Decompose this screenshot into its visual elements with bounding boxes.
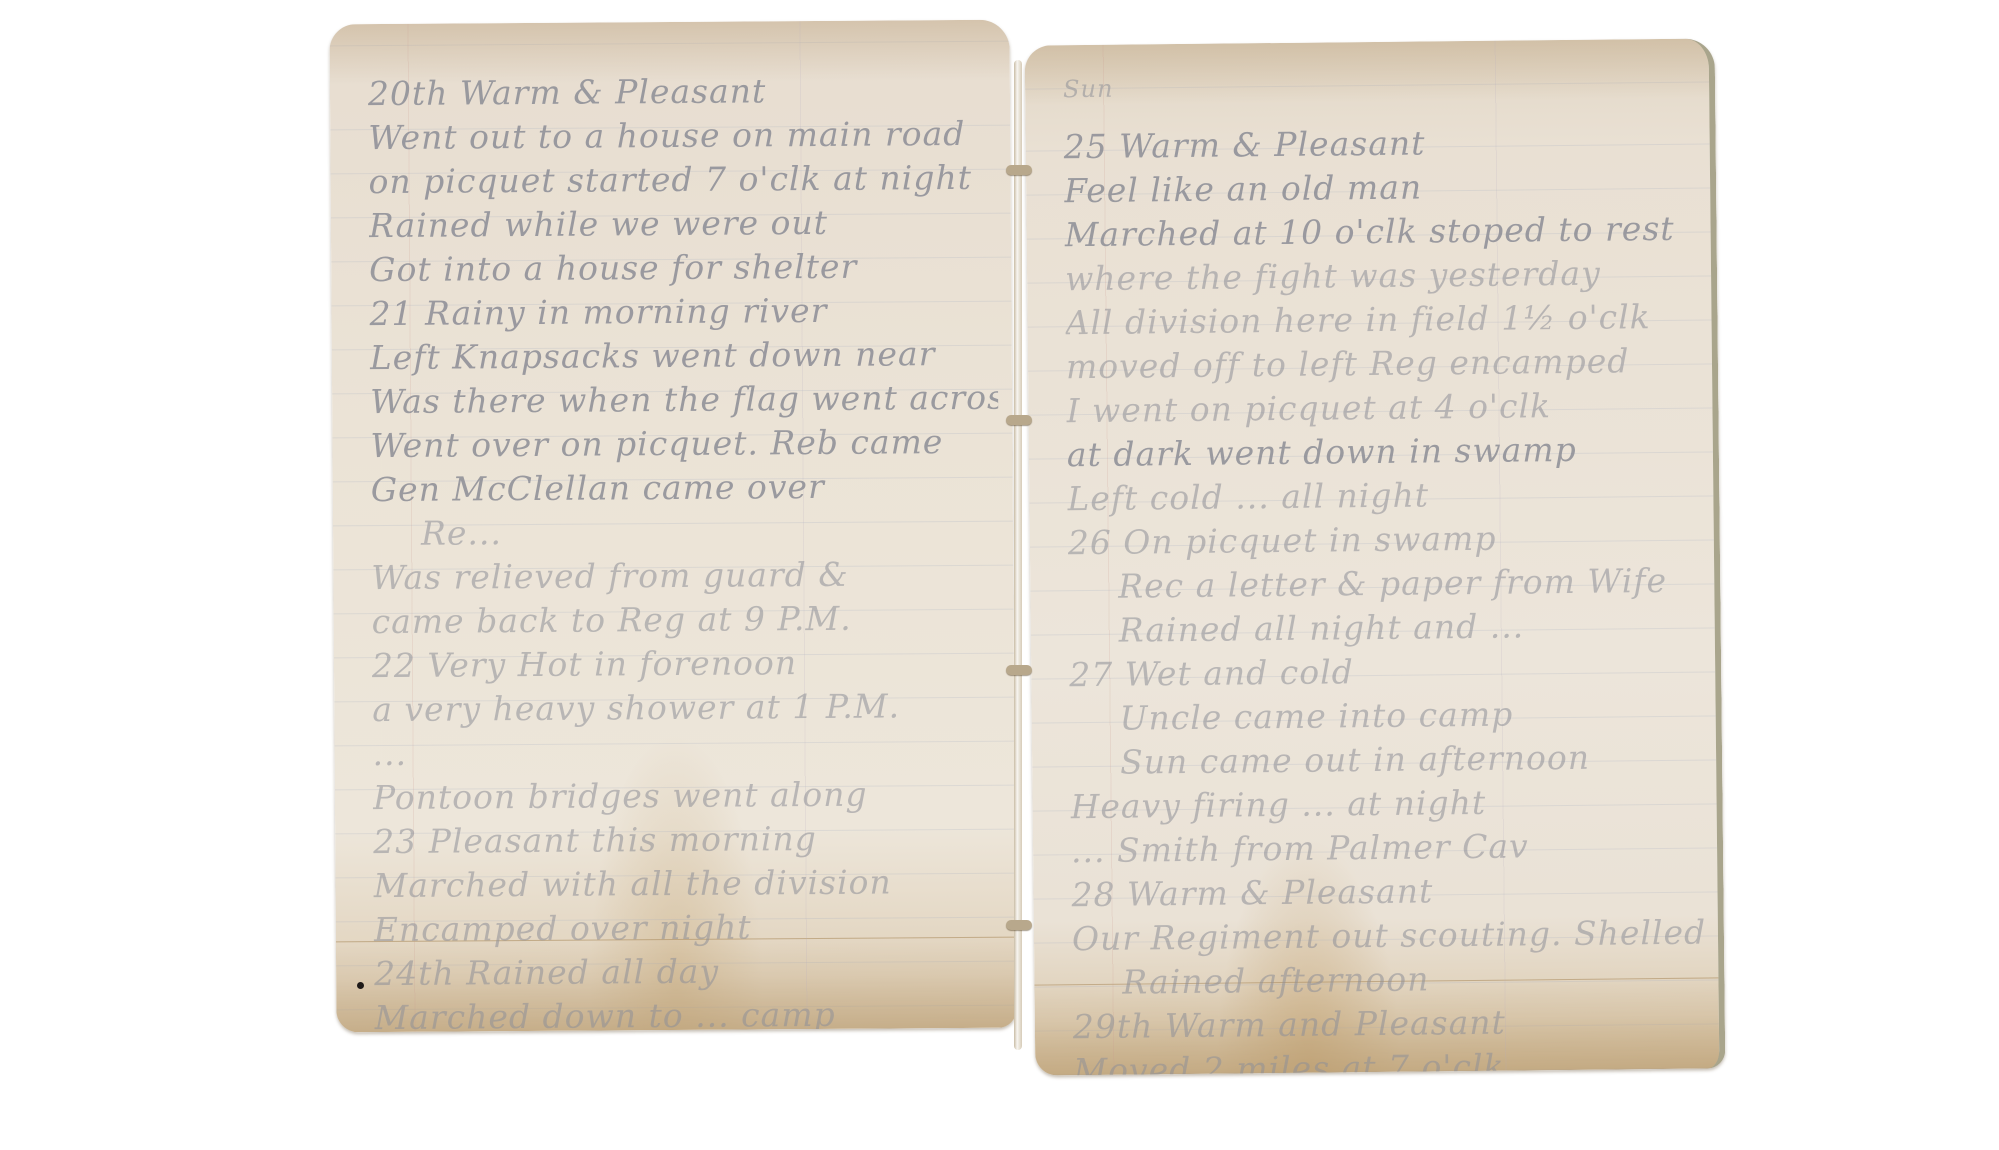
diary-spread: 20th Warm & Pleasant Went out to a house… <box>0 0 1999 1150</box>
diary-line: Rained afternoon <box>1072 955 1704 1006</box>
diary-line: 24th Rained all day <box>374 948 1002 996</box>
diary-line: Sun came out in afternoon <box>1070 735 1702 786</box>
diary-line: Moved 2 miles at 7 o'clk ... <box>1073 1043 1705 1076</box>
diary-line: All division here in field 1½ o'clk <box>1065 295 1697 346</box>
ink-spot <box>357 982 364 989</box>
diary-line: 28 Warm & Pleasant <box>1071 867 1703 918</box>
diary-line: Was relieved from guard & <box>371 552 999 600</box>
diary-line: 29th Warm and Pleasant <box>1073 999 1705 1050</box>
diary-line: Heavy firing ... at night <box>1070 779 1702 830</box>
diary-line: Rained all night and ... <box>1069 603 1701 654</box>
diary-line: 20th Warm & Pleasant <box>368 68 996 116</box>
diary-line: Our Regiment out scouting. Shelled <box>1072 911 1704 962</box>
diary-line: Got into a house for shelter <box>369 244 997 292</box>
diary-line: on picquet started 7 o'clk at night <box>368 156 996 204</box>
diary-line: Pontoon bridges went along <box>373 772 1001 820</box>
diary-line: ... Smith from Palmer Cav <box>1071 823 1703 874</box>
diary-line: a very heavy shower at 1 P.M. <box>372 684 1000 732</box>
stitch <box>1006 165 1032 175</box>
diary-line: 22 Very Hot in forenoon <box>372 640 1000 688</box>
diary-line: moved off to left Reg encamped <box>1066 339 1698 390</box>
diary-line: Rained while we were out <box>369 200 997 248</box>
diary-line: Went over on picquet. Reb came <box>370 420 998 468</box>
diary-line: at dark went down in swamp <box>1067 427 1699 478</box>
diary-line: Left Knapsacks went down near <box>370 332 998 380</box>
diary-line: came back to Reg at 9 P.M. <box>372 596 1000 644</box>
diary-line: 21 Rainy in morning river <box>369 288 997 336</box>
diary-line: Encamped over night <box>374 904 1002 952</box>
diary-line: 27 Wet and cold <box>1069 647 1701 698</box>
left-diary-page: 20th Warm & Pleasant Went out to a house… <box>329 20 1016 1033</box>
diary-line: Marched with all the division <box>373 860 1001 908</box>
left-page-text: 20th Warm & Pleasant Went out to a house… <box>368 68 1003 1033</box>
diary-line: Feel like an old man <box>1064 163 1696 214</box>
diary-line: 26 On picquet in swamp <box>1068 515 1700 566</box>
diary-line: Left cold ... all night <box>1067 471 1699 522</box>
thread <box>1014 60 1022 1050</box>
diary-line: Uncle came into camp <box>1069 691 1701 742</box>
diary-line: Re... <box>371 508 999 556</box>
diary-line: ... <box>372 728 1000 776</box>
diary-line: Was there when the flag went across <box>370 376 998 424</box>
diary-line: Marched down to ... camp <box>374 992 1002 1033</box>
diary-line: Rec a letter & paper from Wife <box>1068 559 1700 610</box>
book-binding-thread <box>1006 60 1032 1050</box>
diary-line: Sun <box>1063 61 1695 112</box>
stitch <box>1006 665 1032 675</box>
diary-line: 23 Pleasant this morning <box>373 816 1001 864</box>
stitch <box>1006 415 1032 425</box>
diary-line: Went out to a house on main road <box>368 112 996 160</box>
stitch <box>1006 920 1032 930</box>
diary-line: 25 Warm & Pleasant <box>1063 119 1695 170</box>
diary-line: Gen McClellan came over <box>371 464 999 512</box>
diary-line: Marched at 10 o'clk stoped to rest <box>1064 207 1696 258</box>
diary-line: I went on picquet at 4 o'clk <box>1066 383 1698 434</box>
diary-line: where the fight was yesterday <box>1065 251 1697 302</box>
right-diary-page: Sun 25 Warm & Pleasant Feel like an old … <box>1025 38 1726 1075</box>
right-page-text: Sun 25 Warm & Pleasant Feel like an old … <box>1063 61 1706 1076</box>
